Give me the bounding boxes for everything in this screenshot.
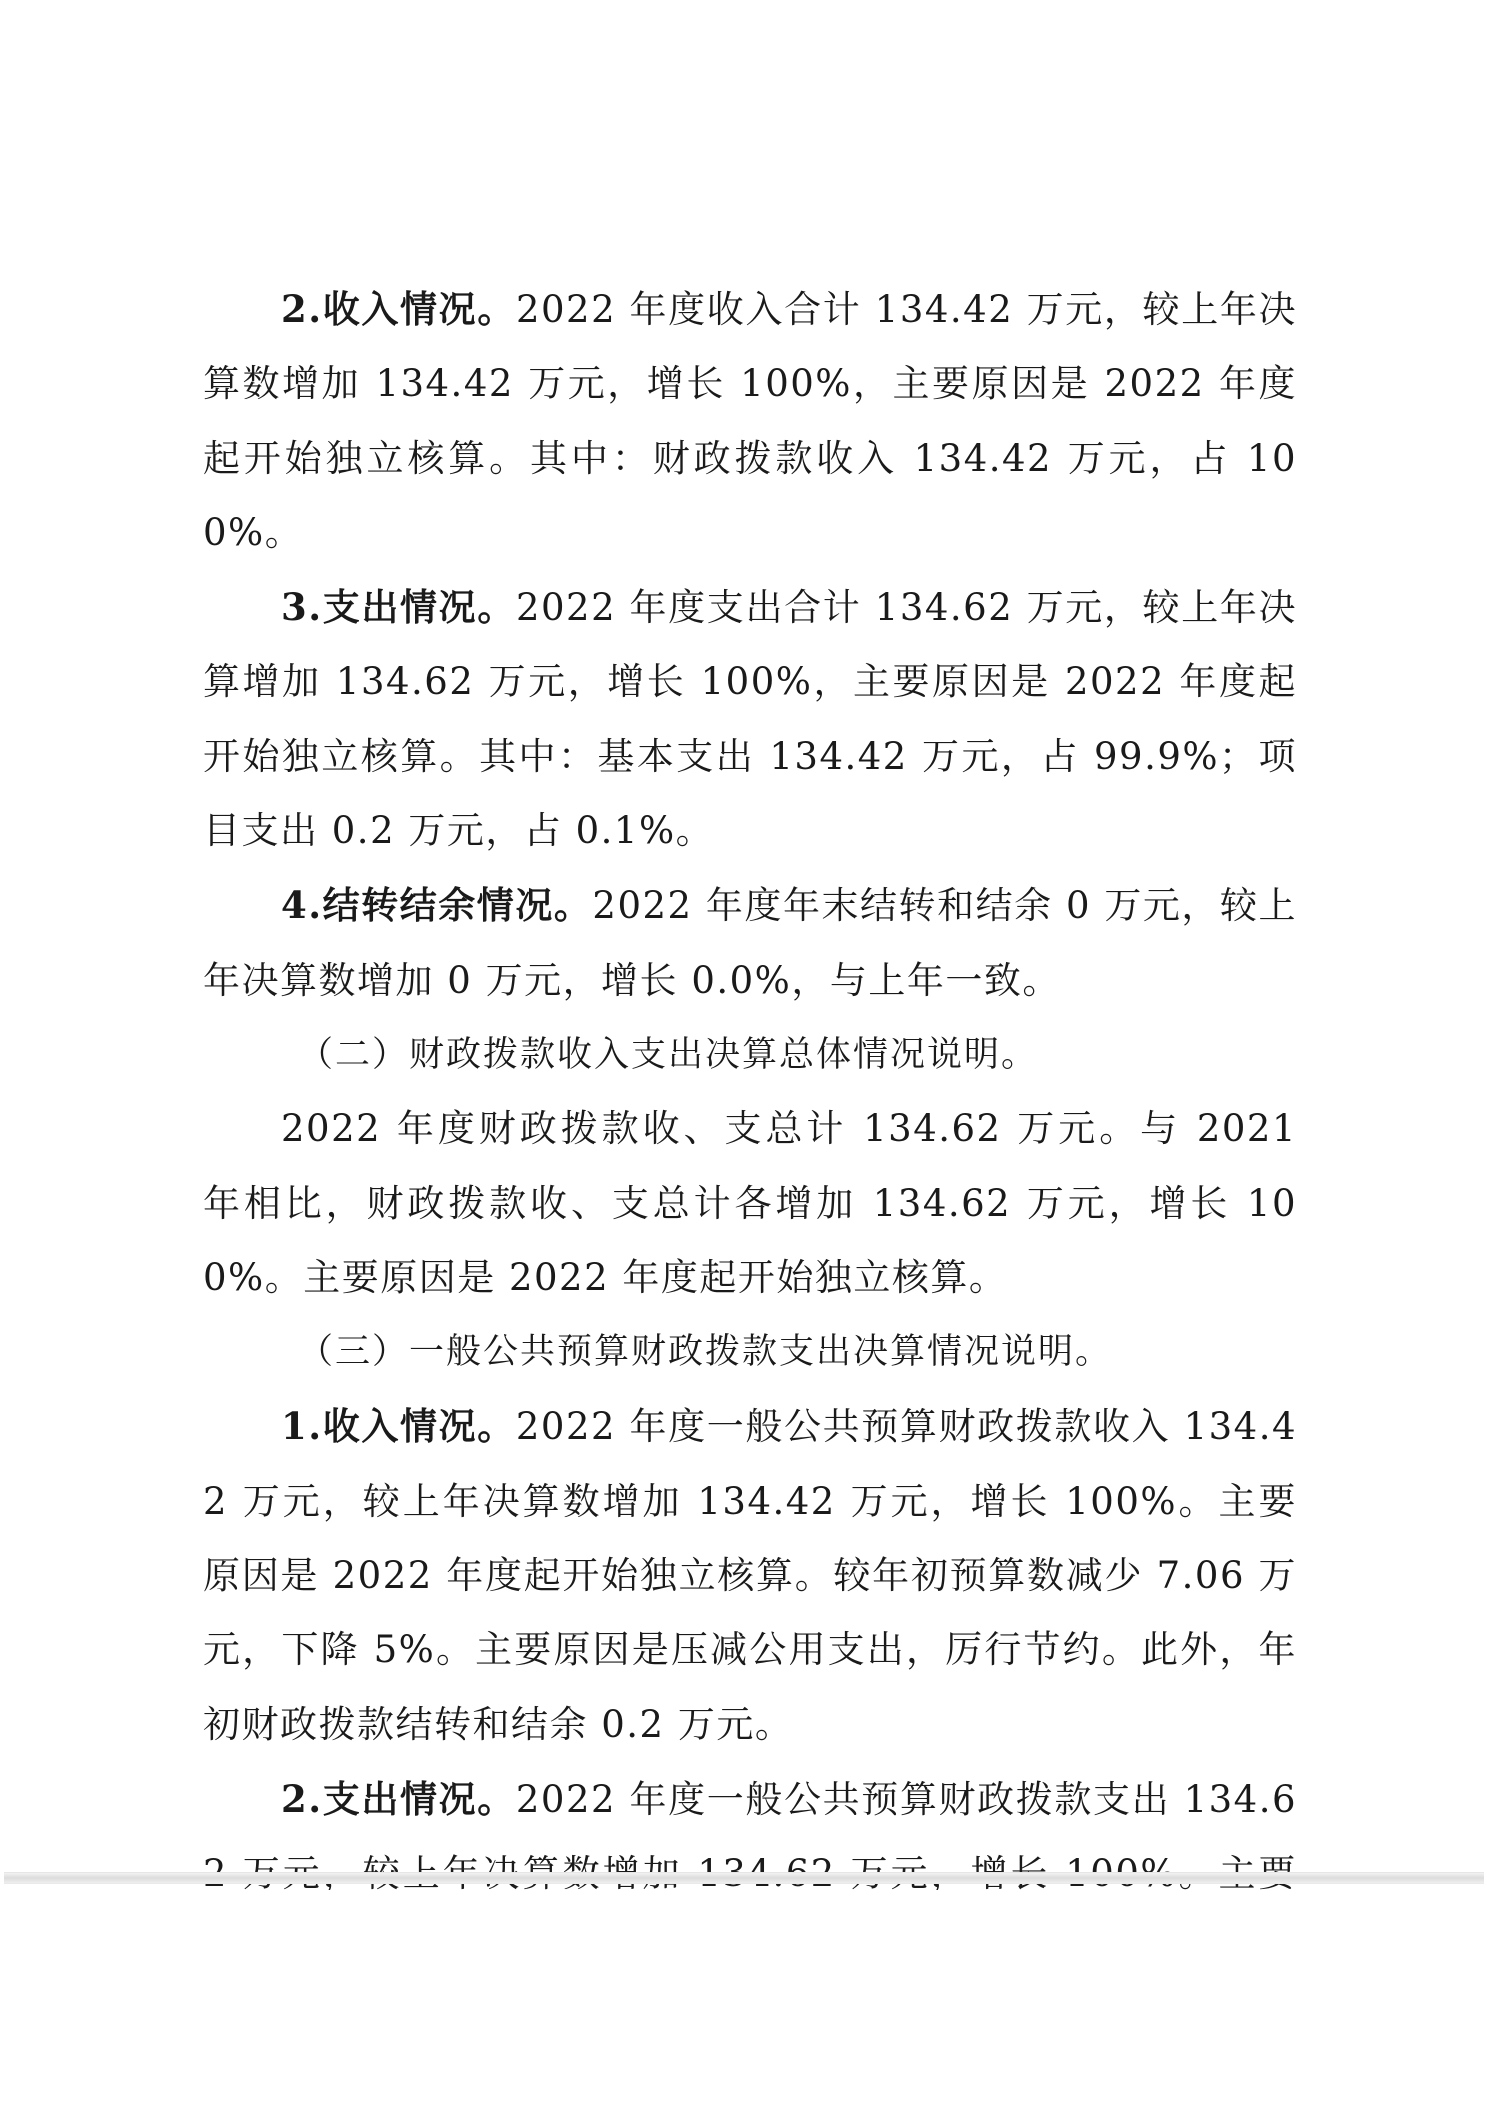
paragraph-expenditure: 3.支出情况。2022 年度支出合计 134.62 万元，较上年决算增加 134… <box>203 570 1297 868</box>
paragraph-lead: 2.收入情况。 <box>281 287 516 331</box>
document-page: 2.收入情况。2022 年度收入合计 134.42 万元，较上年决算数增加 13… <box>0 0 1487 1890</box>
paragraph-text: 2022 年度财政拨款收、支总计 134.62 万元。与 2021 年相比，财政… <box>203 1107 1297 1299</box>
section-heading-2: （二）财政拨款收入支出决算总体情况说明。 <box>203 1018 1297 1092</box>
paragraph-lead: 4.结转结余情况。 <box>281 883 592 927</box>
paragraph-carryover: 4.结转结余情况。2022 年度年末结转和结余 0 万元，较上年决算数增加 0 … <box>203 868 1297 1018</box>
paragraph-lead: 1.收入情况。 <box>281 1404 516 1448</box>
section-heading-3: （三）一般公共预算财政拨款支出决算情况说明。 <box>203 1315 1297 1389</box>
paragraph-public-budget-income: 1.收入情况。2022 年度一般公共预算财政拨款收入 134.42 万元，较上年… <box>203 1389 1297 1761</box>
paragraph-text: 2022 年度一般公共预算财政拨款收入 134.42 万元，较上年决算数增加 1… <box>203 1405 1297 1745</box>
document-body: 2.收入情况。2022 年度收入合计 134.42 万元，较上年决算数增加 13… <box>203 272 1297 1986</box>
page-divider <box>4 1872 1484 1884</box>
paragraph-lead: 3.支出情况。 <box>281 585 516 629</box>
blank-area <box>0 1890 1487 2102</box>
paragraph-income: 2.收入情况。2022 年度收入合计 134.42 万元，较上年决算数增加 13… <box>203 272 1297 570</box>
paragraph-fiscal-overview: 2022 年度财政拨款收、支总计 134.62 万元。与 2021 年相比，财政… <box>203 1092 1297 1315</box>
paragraph-lead: 2.支出情况。 <box>281 1777 516 1821</box>
